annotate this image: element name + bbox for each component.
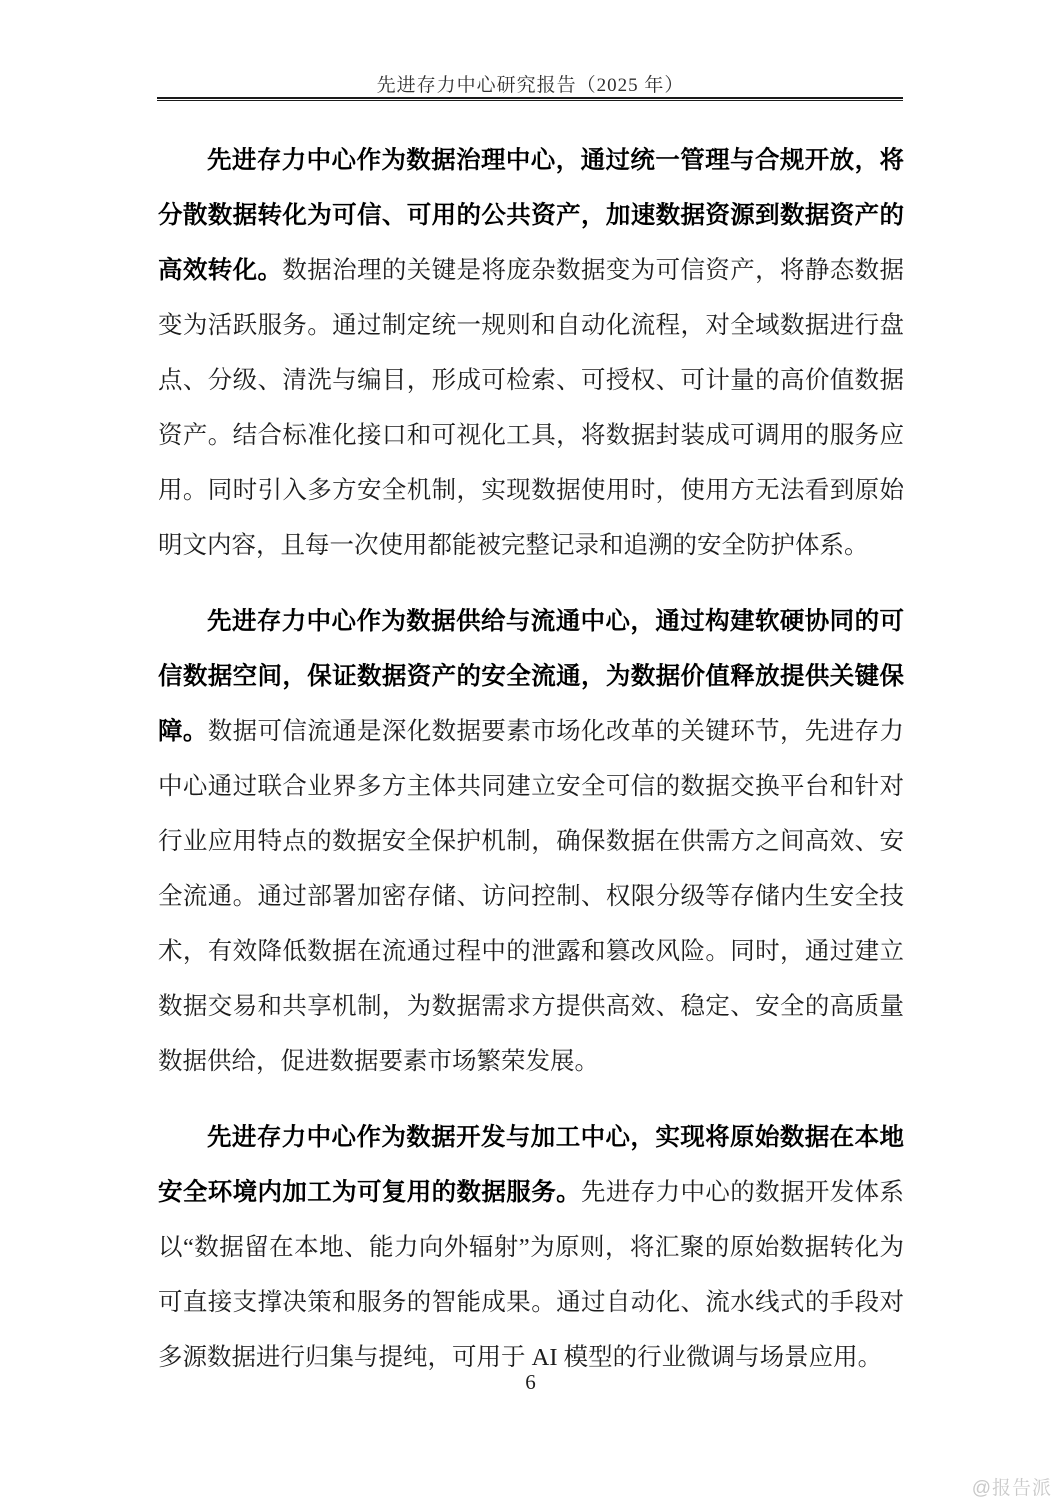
paragraph-body: 数据可信流通是深化数据要素市场化改革的关键环节，先进存力中心通过联合业界多方主体… [158, 718, 904, 1075]
paragraph-body: 数据治理的关键是将庞杂数据变为可信资产，将静态数据变为活跃服务。通过制定统一规则… [158, 257, 904, 559]
paragraph-development-processing: 先进存力中心作为数据开发与加工中心，实现将原始数据在本地安全环境内加工为可复用的… [158, 1110, 904, 1385]
paragraph-governance: 先进存力中心作为数据治理中心，通过统一管理与合规开放，将分散数据转化为可信、可用… [158, 133, 904, 573]
page-number: 6 [0, 1370, 1061, 1395]
document-page: 先进存力中心研究报告（2025 年） 先进存力中心作为数据治理中心，通过统一管理… [0, 0, 1061, 1500]
header-rule [157, 97, 903, 101]
page-header-title: 先进存力中心研究报告（2025 年） [0, 70, 1061, 97]
document-body: 先进存力中心作为数据治理中心，通过统一管理与合规开放，将分散数据转化为可信、可用… [158, 133, 904, 1406]
paragraph-body: 先进存力中心的数据开发体系以“数据留在本地、能力向外辐射”为原则，将汇聚的原始数… [158, 1179, 904, 1371]
watermark: @报告派 [972, 1473, 1052, 1500]
paragraph-supply-circulation: 先进存力中心作为数据供给与流通中心，通过构建软硬协同的可信数据空间，保证数据资产… [158, 594, 904, 1089]
